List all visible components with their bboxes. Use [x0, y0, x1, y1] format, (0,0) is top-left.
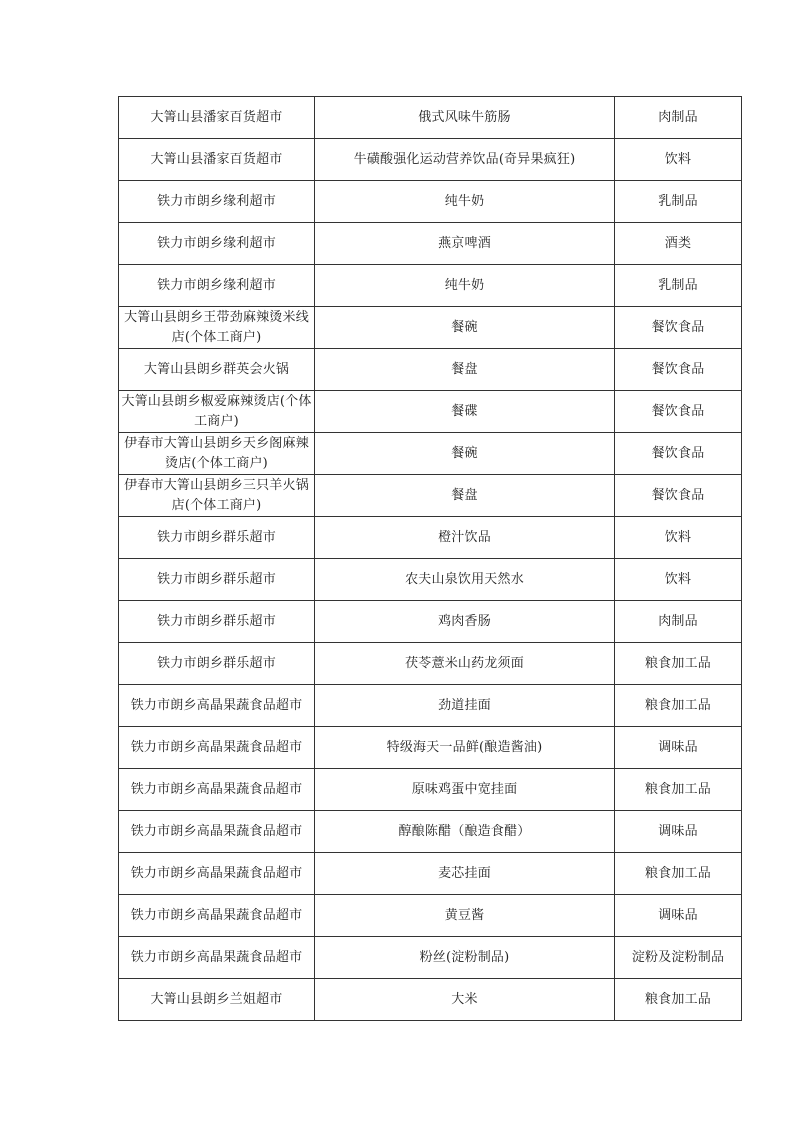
product-cell: 鸡肉香肠	[315, 601, 615, 643]
product-cell: 餐碗	[315, 433, 615, 475]
category-cell: 乳制品	[615, 265, 742, 307]
inspection-table: 大箐山县潘家百货超市 俄式风味牛筋肠 肉制品 大箐山县潘家百货超市 牛磺酸强化运…	[118, 96, 742, 1021]
document-page: 大箐山县潘家百货超市 俄式风味牛筋肠 肉制品 大箐山县潘家百货超市 牛磺酸强化运…	[0, 0, 793, 1122]
table-row: 铁力市朗乡高晶果蔬食品超市 原味鸡蛋中宽挂面 粮食加工品	[119, 769, 742, 811]
category-cell: 调味品	[615, 895, 742, 937]
store-cell: 铁力市朗乡高晶果蔬食品超市	[119, 937, 315, 979]
store-cell: 大箐山县潘家百货超市	[119, 97, 315, 139]
product-cell: 纯牛奶	[315, 181, 615, 223]
product-cell: 醇酿陈醋（酿造食醋）	[315, 811, 615, 853]
table-row: 铁力市朗乡高晶果蔬食品超市 黄豆酱 调味品	[119, 895, 742, 937]
category-cell: 粮食加工品	[615, 853, 742, 895]
table-row: 铁力市朗乡缘利超市 纯牛奶 乳制品	[119, 265, 742, 307]
store-cell: 大箐山县朗乡椒爱麻辣烫店(个体工商户)	[119, 391, 315, 433]
store-cell: 铁力市朗乡高晶果蔬食品超市	[119, 853, 315, 895]
table-row: 铁力市朗乡群乐超市 橙汁饮品 饮料	[119, 517, 742, 559]
table-row: 铁力市朗乡群乐超市 鸡肉香肠 肉制品	[119, 601, 742, 643]
table-row: 大箐山县朗乡群英会火锅 餐盘 餐饮食品	[119, 349, 742, 391]
category-cell: 粮食加工品	[615, 769, 742, 811]
category-cell: 餐饮食品	[615, 475, 742, 517]
store-cell: 铁力市朗乡群乐超市	[119, 643, 315, 685]
store-cell: 铁力市朗乡高晶果蔬食品超市	[119, 769, 315, 811]
table-row: 大箐山县朗乡椒爱麻辣烫店(个体工商户) 餐碟 餐饮食品	[119, 391, 742, 433]
table-row: 铁力市朗乡缘利超市 燕京啤酒 酒类	[119, 223, 742, 265]
product-cell: 黄豆酱	[315, 895, 615, 937]
store-cell: 铁力市朗乡高晶果蔬食品超市	[119, 811, 315, 853]
category-cell: 调味品	[615, 727, 742, 769]
product-cell: 餐盘	[315, 349, 615, 391]
product-cell: 粉丝(淀粉制品)	[315, 937, 615, 979]
category-cell: 餐饮食品	[615, 307, 742, 349]
product-cell: 燕京啤酒	[315, 223, 615, 265]
store-cell: 铁力市朗乡高晶果蔬食品超市	[119, 895, 315, 937]
store-cell: 铁力市朗乡群乐超市	[119, 559, 315, 601]
table-row: 大箐山县潘家百货超市 俄式风味牛筋肠 肉制品	[119, 97, 742, 139]
store-cell: 铁力市朗乡高晶果蔬食品超市	[119, 727, 315, 769]
table-row: 铁力市朗乡高晶果蔬食品超市 劲道挂面 粮食加工品	[119, 685, 742, 727]
table-row: 铁力市朗乡高晶果蔬食品超市 粉丝(淀粉制品) 淀粉及淀粉制品	[119, 937, 742, 979]
category-cell: 淀粉及淀粉制品	[615, 937, 742, 979]
store-cell: 铁力市朗乡高晶果蔬食品超市	[119, 685, 315, 727]
store-cell: 伊春市大箐山县朗乡三只羊火锅店(个体工商户)	[119, 475, 315, 517]
table-row: 铁力市朗乡高晶果蔬食品超市 特级海天一品鲜(酿造酱油) 调味品	[119, 727, 742, 769]
table-row: 铁力市朗乡高晶果蔬食品超市 麦芯挂面 粮食加工品	[119, 853, 742, 895]
product-cell: 麦芯挂面	[315, 853, 615, 895]
product-cell: 大米	[315, 979, 615, 1021]
product-cell: 橙汁饮品	[315, 517, 615, 559]
table-row: 伊春市大箐山县朗乡天乡阁麻辣烫店(个体工商户) 餐碗 餐饮食品	[119, 433, 742, 475]
store-cell: 铁力市朗乡缘利超市	[119, 265, 315, 307]
table-row: 伊春市大箐山县朗乡三只羊火锅店(个体工商户) 餐盘 餐饮食品	[119, 475, 742, 517]
product-cell: 餐碟	[315, 391, 615, 433]
category-cell: 肉制品	[615, 601, 742, 643]
category-cell: 粮食加工品	[615, 979, 742, 1021]
store-cell: 铁力市朗乡群乐超市	[119, 601, 315, 643]
product-cell: 特级海天一品鲜(酿造酱油)	[315, 727, 615, 769]
product-cell: 餐碗	[315, 307, 615, 349]
product-cell: 农夫山泉饮用天然水	[315, 559, 615, 601]
table-row: 大箐山县朗乡王带劲麻辣烫米线店(个体工商户) 餐碗 餐饮食品	[119, 307, 742, 349]
store-cell: 铁力市朗乡缘利超市	[119, 223, 315, 265]
table-row: 大箐山县朗乡兰姐超市 大米 粮食加工品	[119, 979, 742, 1021]
category-cell: 餐饮食品	[615, 349, 742, 391]
category-cell: 肉制品	[615, 97, 742, 139]
category-cell: 饮料	[615, 517, 742, 559]
category-cell: 饮料	[615, 139, 742, 181]
store-cell: 铁力市朗乡群乐超市	[119, 517, 315, 559]
product-cell: 纯牛奶	[315, 265, 615, 307]
store-cell: 铁力市朗乡缘利超市	[119, 181, 315, 223]
store-cell: 大箐山县潘家百货超市	[119, 139, 315, 181]
category-cell: 餐饮食品	[615, 391, 742, 433]
store-cell: 大箐山县朗乡王带劲麻辣烫米线店(个体工商户)	[119, 307, 315, 349]
product-cell: 牛磺酸强化运动营养饮品(奇异果疯狂)	[315, 139, 615, 181]
table-row: 铁力市朗乡群乐超市 茯苓薏米山药龙须面 粮食加工品	[119, 643, 742, 685]
category-cell: 酒类	[615, 223, 742, 265]
table-row: 铁力市朗乡群乐超市 农夫山泉饮用天然水 饮料	[119, 559, 742, 601]
category-cell: 粮食加工品	[615, 643, 742, 685]
store-cell: 大箐山县朗乡群英会火锅	[119, 349, 315, 391]
category-cell: 饮料	[615, 559, 742, 601]
product-cell: 茯苓薏米山药龙须面	[315, 643, 615, 685]
product-cell: 俄式风味牛筋肠	[315, 97, 615, 139]
category-cell: 粮食加工品	[615, 685, 742, 727]
store-cell: 大箐山县朗乡兰姐超市	[119, 979, 315, 1021]
product-cell: 原味鸡蛋中宽挂面	[315, 769, 615, 811]
category-cell: 乳制品	[615, 181, 742, 223]
category-cell: 调味品	[615, 811, 742, 853]
table-row: 大箐山县潘家百货超市 牛磺酸强化运动营养饮品(奇异果疯狂) 饮料	[119, 139, 742, 181]
table-row: 铁力市朗乡缘利超市 纯牛奶 乳制品	[119, 181, 742, 223]
category-cell: 餐饮食品	[615, 433, 742, 475]
product-cell: 劲道挂面	[315, 685, 615, 727]
store-cell: 伊春市大箐山县朗乡天乡阁麻辣烫店(个体工商户)	[119, 433, 315, 475]
table-row: 铁力市朗乡高晶果蔬食品超市 醇酿陈醋（酿造食醋） 调味品	[119, 811, 742, 853]
table-body: 大箐山县潘家百货超市 俄式风味牛筋肠 肉制品 大箐山县潘家百货超市 牛磺酸强化运…	[119, 97, 742, 1021]
product-cell: 餐盘	[315, 475, 615, 517]
